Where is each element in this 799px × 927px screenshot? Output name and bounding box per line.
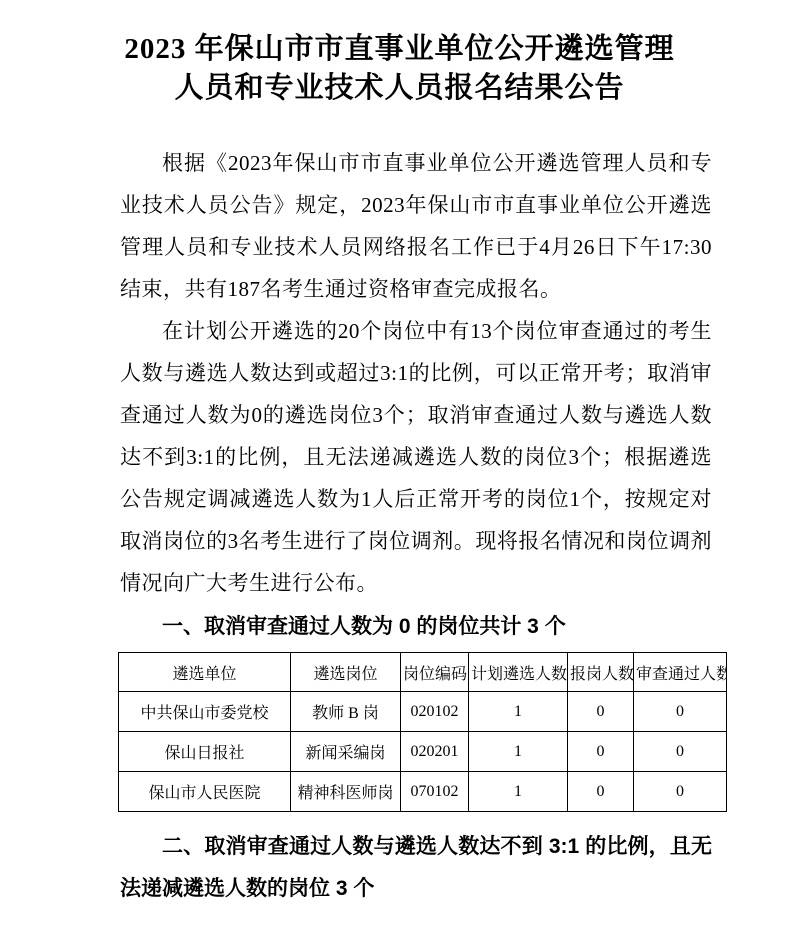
column-header-applicant-count: 报岗人数 xyxy=(568,653,634,692)
column-header-position-code: 岗位编码 xyxy=(401,653,469,692)
cell-planned-count: 1 xyxy=(469,772,568,812)
section-2-heading: 二、取消审查通过人数与遴选人数达不到 3:1 的比例，且无法递减遴选人数的岗位 … xyxy=(120,826,712,910)
document-title-line-2: 人员和专业技术人员报名结果公告 xyxy=(70,69,729,108)
column-header-selection-unit: 遴选单位 xyxy=(119,653,291,692)
table-row: 中共保山市委党校 教师 B 岗 020102 1 0 0 xyxy=(119,692,727,732)
table-row: 保山日报社 新闻采编岗 020201 1 0 0 xyxy=(119,732,727,772)
cell-approved-count: 0 xyxy=(634,772,727,812)
cell-selection-position: 教师 B 岗 xyxy=(291,692,401,732)
cell-position-code: 020201 xyxy=(401,732,469,772)
document-title: 2023 年保山市市直事业单位公开遴选管理 人员和专业技术人员报名结果公告 xyxy=(70,30,729,108)
cell-position-code: 020102 xyxy=(401,692,469,732)
cell-approved-count: 0 xyxy=(634,732,727,772)
table-header-row: 遴选单位 遴选岗位 岗位编码 计划遴选人数 报岗人数 审查通过人数 xyxy=(119,653,727,692)
cell-applicant-count: 0 xyxy=(568,732,634,772)
cell-selection-unit: 保山日报社 xyxy=(119,732,291,772)
cell-planned-count: 1 xyxy=(469,732,568,772)
cell-position-code: 070102 xyxy=(401,772,469,812)
paragraph-position-review-results: 在计划公开遴选的20个岗位中有13个岗位审查通过的考生人数与遴选人数达到或超过3… xyxy=(120,310,712,604)
cell-selection-position: 精神科医师岗 xyxy=(291,772,401,812)
section-1-heading: 一、取消审查通过人数为 0 的岗位共计 3 个 xyxy=(120,610,712,644)
cell-applicant-count: 0 xyxy=(568,692,634,732)
cancelled-positions-table: 遴选单位 遴选岗位 岗位编码 计划遴选人数 报岗人数 审查通过人数 中共保山市委… xyxy=(118,652,727,812)
cell-planned-count: 1 xyxy=(469,692,568,732)
cell-applicant-count: 0 xyxy=(568,772,634,812)
cell-selection-unit: 中共保山市委党校 xyxy=(119,692,291,732)
table-row: 保山市人民医院 精神科医师岗 070102 1 0 0 xyxy=(119,772,727,812)
column-header-approved-count: 审查通过人数 xyxy=(634,653,727,692)
cell-selection-unit: 保山市人民医院 xyxy=(119,772,291,812)
document-title-line-1: 2023 年保山市市直事业单位公开遴选管理 xyxy=(70,30,729,69)
column-header-planned-count: 计划遴选人数 xyxy=(469,653,568,692)
column-header-selection-position: 遴选岗位 xyxy=(291,653,401,692)
cell-selection-position: 新闻采编岗 xyxy=(291,732,401,772)
paragraph-registration-summary: 根据《2023年保山市市直事业单位公开遴选管理人员和专业技术人员公告》规定，20… xyxy=(120,142,712,310)
cell-approved-count: 0 xyxy=(634,692,727,732)
announcement-document-page: 2023 年保山市市直事业单位公开遴选管理 人员和专业技术人员报名结果公告 根据… xyxy=(0,0,799,927)
